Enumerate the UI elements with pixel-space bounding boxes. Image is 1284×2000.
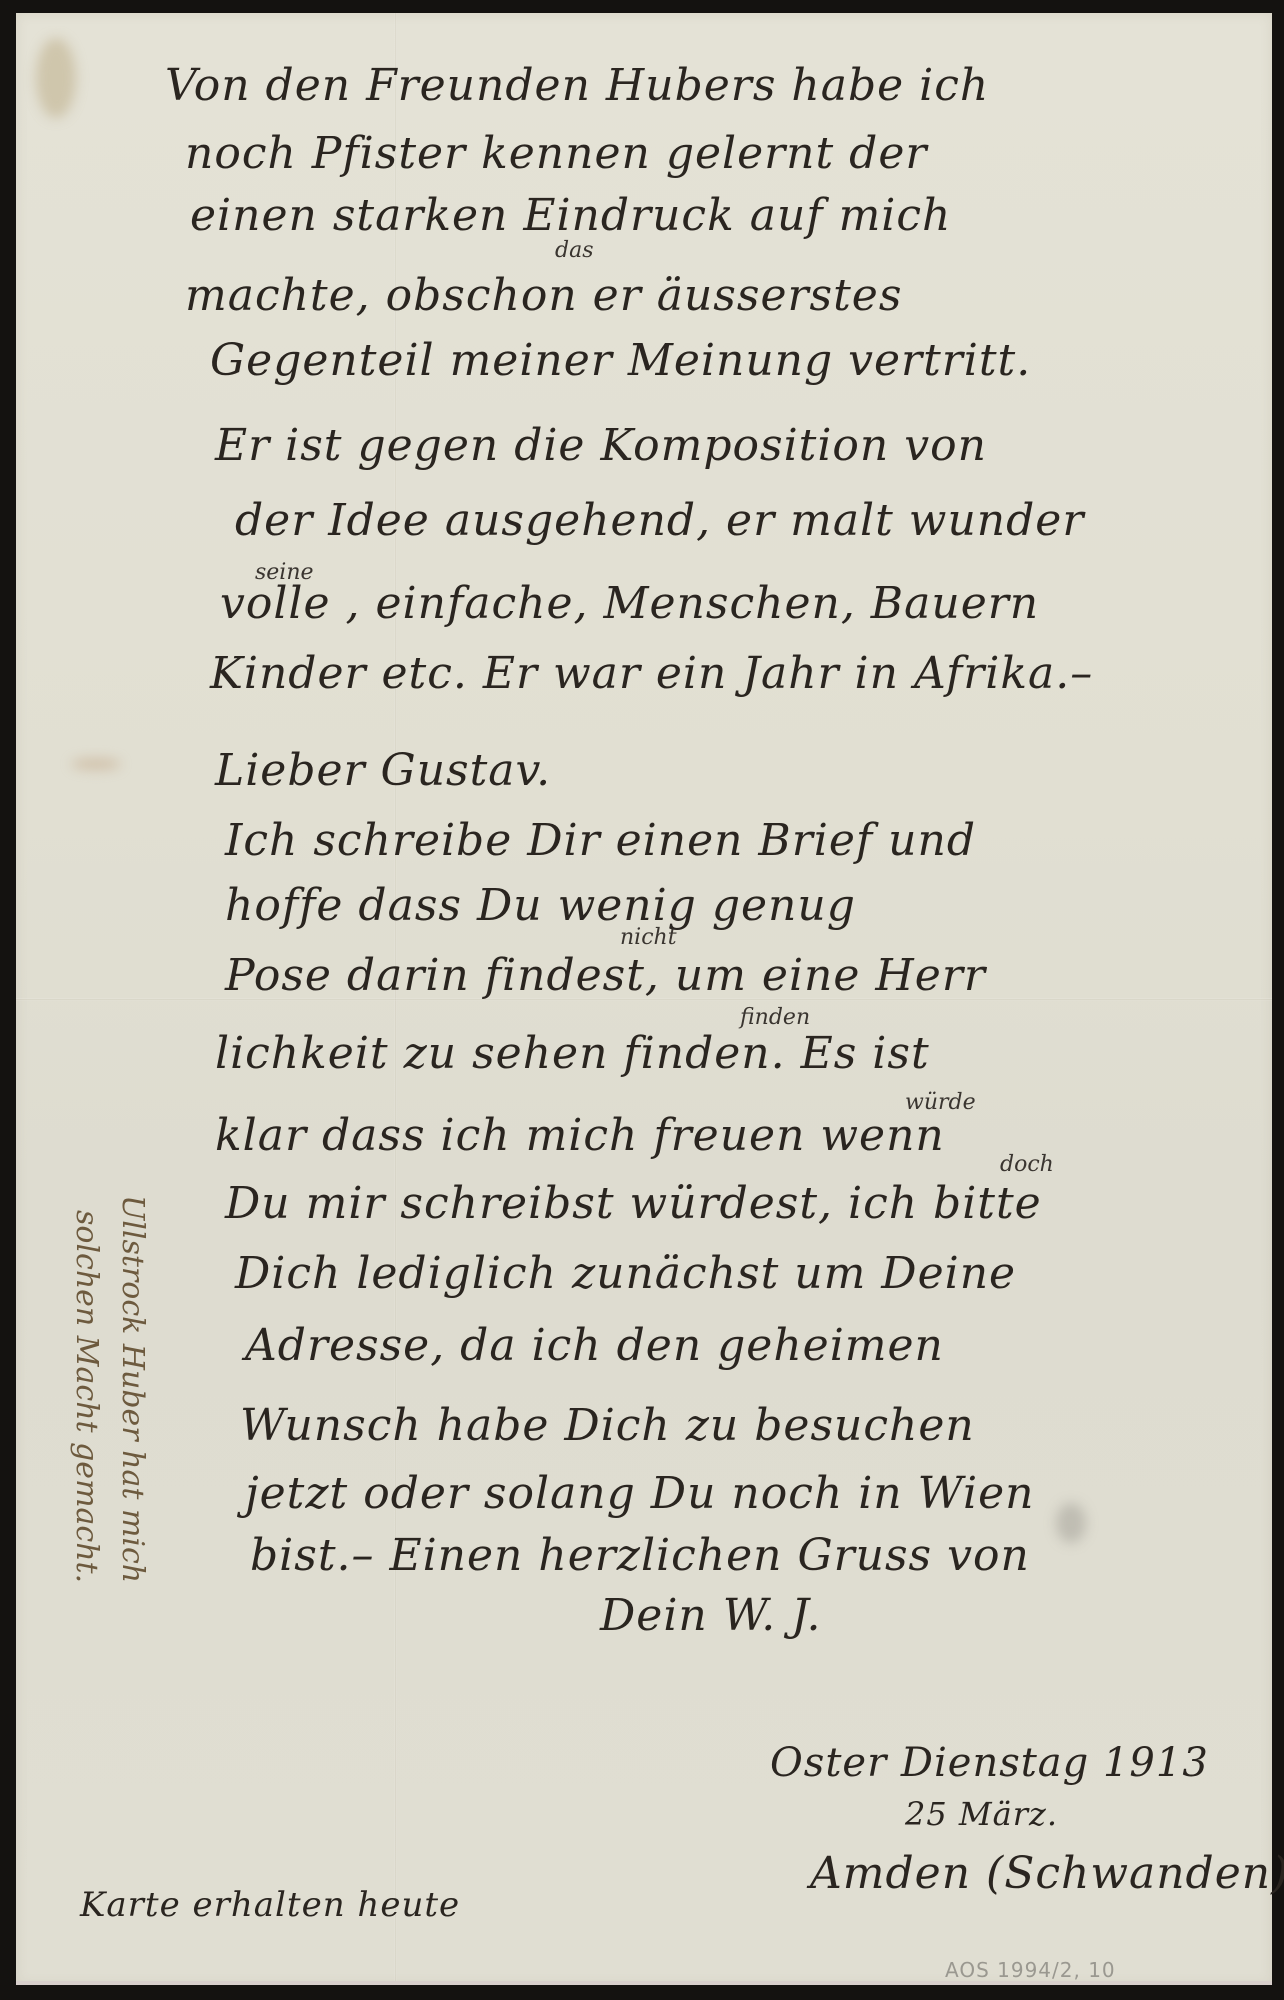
- salutation: Lieber Gustav.: [215, 745, 551, 796]
- margin-note-line: solchen Macht gemacht.: [69, 1210, 104, 1583]
- letter-line: Von den Freunden Hubers habe ich: [165, 60, 989, 111]
- letter-line: Kinder etc. Er war ein Jahr in Afrika.–: [210, 648, 1093, 699]
- insertion-doch: doch: [1000, 1152, 1054, 1177]
- letter-line: einen starken Eindruck auf mich: [190, 190, 951, 241]
- letter-line: machte, obschon er äusserstes: [185, 270, 902, 321]
- letter-line: Adresse, da ich den geheimen: [245, 1320, 944, 1371]
- signature: Dein W. J.: [600, 1590, 821, 1641]
- dateline-date: 25 März.: [905, 1795, 1058, 1833]
- insertion-nicht: nicht: [620, 925, 677, 950]
- margin-note-line: Ullstrock Huber hat mich: [115, 1195, 150, 1583]
- letter-line: Dich lediglich zunächst um Deine: [235, 1248, 1016, 1299]
- dateline-day: Oster Dienstag 1913: [770, 1740, 1209, 1786]
- insertion-finden: finden: [740, 1005, 810, 1030]
- letter-line: Er ist gegen die Komposition von: [215, 420, 987, 471]
- ink-stain: [36, 38, 76, 118]
- insertion-das: das: [555, 238, 594, 263]
- archive-mark: AOS 1994/2, 10: [945, 1958, 1116, 1982]
- letter-line: klar dass ich mich freuen wenn: [215, 1110, 945, 1161]
- letter-line: Wunsch habe Dich zu besuchen: [240, 1400, 975, 1451]
- letter-line: jetzt oder solang Du noch in Wien: [245, 1468, 1035, 1519]
- letter-line: Ich schreibe Dir einen Brief und: [225, 815, 976, 866]
- letter-line: Gegenteil meiner Meinung vertritt.: [210, 335, 1031, 386]
- letter-line: lichkeit zu sehen finden. Es ist: [215, 1028, 930, 1079]
- letter-line: noch Pfister kennen gelernt der: [185, 128, 927, 179]
- letter-line: Du mir schreibst würdest, ich bitte: [225, 1178, 1042, 1229]
- ink-stain: [71, 758, 121, 770]
- letter-line: Pose darin findest, um eine Herr: [225, 950, 986, 1001]
- letter-line: hoffe dass Du wenig genug: [225, 880, 856, 931]
- letter-line: volle , einfache, Menschen, Bauern: [220, 578, 1039, 629]
- dateline-place: Amden (Schwanden): [810, 1848, 1284, 1899]
- ink-stain: [1056, 1503, 1086, 1543]
- letter-line: bist.– Einen herzlichen Gruss von: [250, 1530, 1030, 1581]
- footer-note: Karte erhalten heute: [80, 1885, 460, 1925]
- letter-line: der Idee ausgehend, er malt wunder: [235, 495, 1084, 546]
